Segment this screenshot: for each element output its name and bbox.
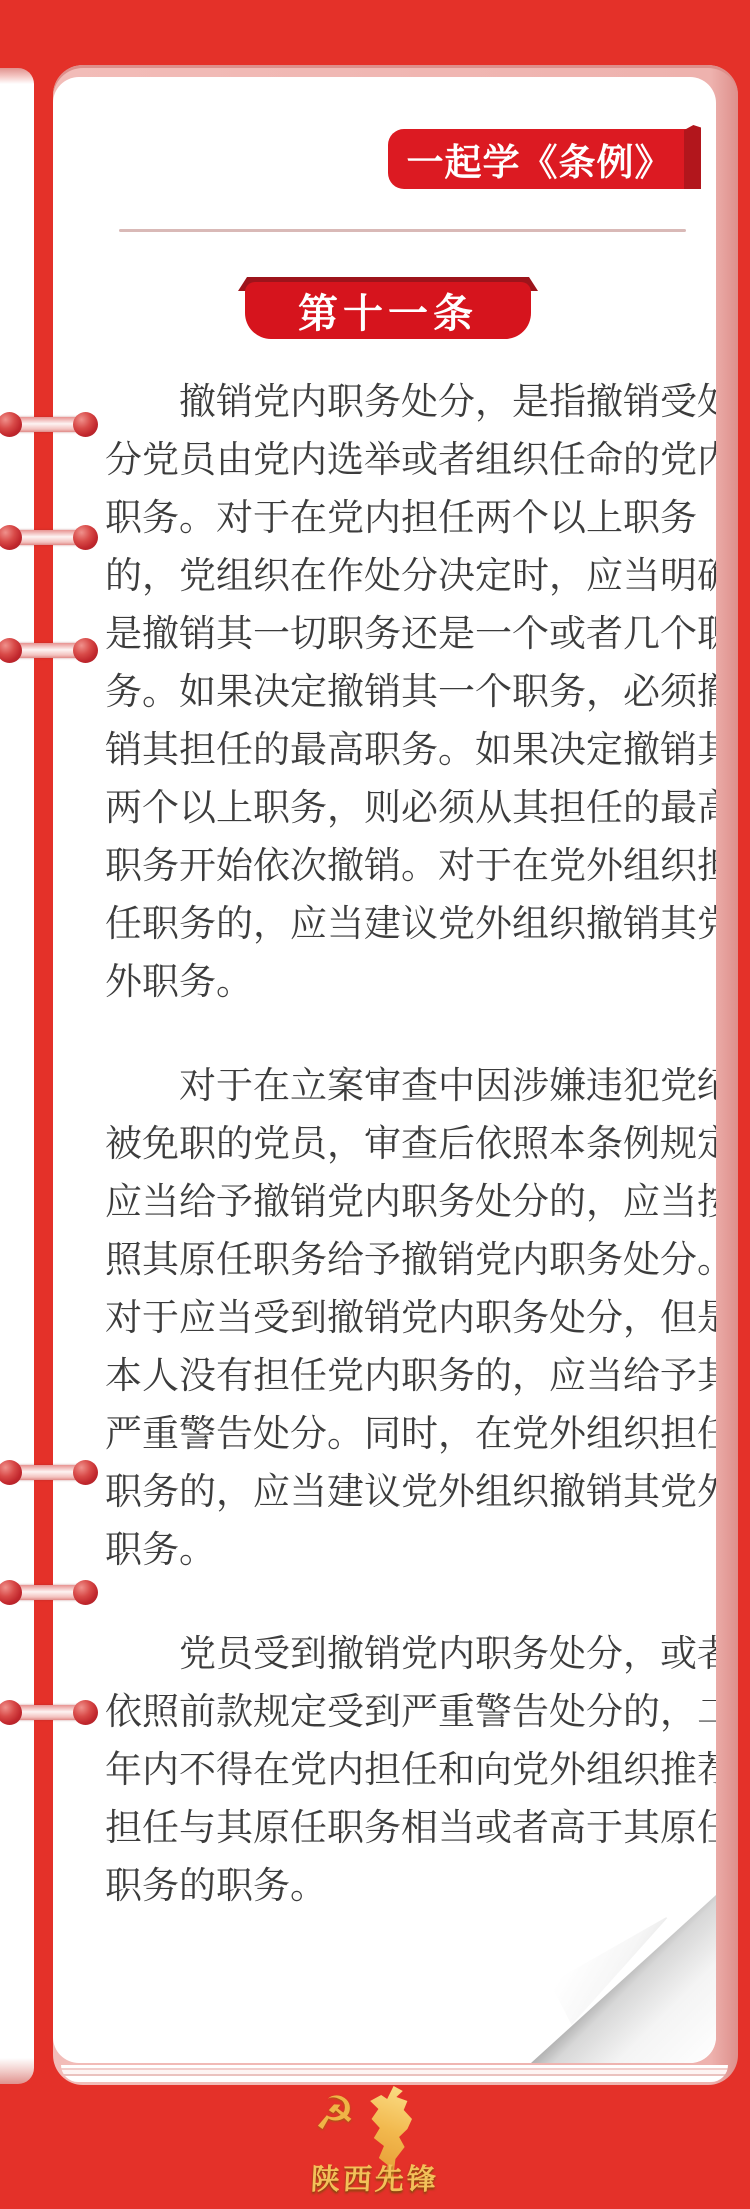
text-line: 外职务。: [105, 953, 716, 1011]
text-line: 职务开始依次撤销。对于在党外组织担: [105, 837, 716, 895]
header-divider: [119, 229, 686, 232]
page-curl-fold: [531, 1895, 716, 2063]
notebook-page: 一起学《条例》 第十一条 撤销党内职务处分，是指撤销受处分党员由党内选举或者组织…: [53, 77, 716, 2063]
binder-ring-ball: [0, 638, 22, 663]
binder-ring-ball: [73, 1580, 98, 1605]
footer-brand: ☭ 陕西先锋: [310, 2086, 440, 2198]
text-line: 严重警告处分。同时，在党外组织担任: [105, 1405, 716, 1463]
binder-ring: [0, 1458, 98, 1486]
text-line: 职务。对于在党内担任两个以上职务: [105, 489, 716, 547]
page-curl-inner: [550, 1915, 670, 2025]
paragraph: 党员受到撤销党内职务处分，或者依照前款规定受到严重警告处分的，二年内不得在党内担…: [105, 1625, 716, 1915]
text-line: 任职务的，应当建议党外组织撤销其党: [105, 895, 716, 953]
text-line: 职务。: [105, 1521, 716, 1579]
brand-name: 陕西先锋: [295, 2157, 455, 2198]
article-body: 撤销党内职务处分，是指撤销受处分党员由党内选举或者组织任命的党内职务。对于在党内…: [105, 373, 716, 1915]
text-line: 的，党组织在作处分决定时，应当明确: [105, 547, 716, 605]
series-banner: 一起学《条例》: [388, 129, 701, 189]
text-line: 两个以上职务，则必须从其担任的最高: [105, 779, 716, 837]
text-line: 年内不得在党内担任和向党外组织推荐: [105, 1741, 716, 1799]
binder-ring: [0, 410, 98, 438]
text-line: 本人没有担任党内职务的，应当给予其: [105, 1347, 716, 1405]
series-banner-label: 一起学《条例》: [407, 132, 683, 186]
binder-ring-ball: [0, 1460, 22, 1485]
binder-ring: [0, 523, 98, 551]
binder-ring-ball: [0, 1700, 22, 1725]
binder-ring-ball: [0, 1580, 22, 1605]
binder-ring: [0, 1698, 98, 1726]
poster-canvas: { "banner": { "label": "一起学《条例》" }, "rib…: [0, 0, 750, 2209]
text-line: 党员受到撤销党内职务处分，或者: [105, 1625, 716, 1683]
text-line: 分党员由党内选举或者组织任命的党内: [105, 431, 716, 489]
binder-ring-ball: [0, 412, 22, 437]
text-line: 对于在立案审查中因涉嫌违犯党纪: [105, 1057, 716, 1115]
binder-ring-ball: [73, 412, 98, 437]
text-line: 应当给予撤销党内职务处分的，应当按: [105, 1173, 716, 1231]
text-line: 照其原任职务给予撤销党内职务处分。: [105, 1231, 716, 1289]
binder-ring: [0, 636, 98, 664]
party-emblem-icon: ☭: [314, 2090, 355, 2136]
binder-ring-ball: [73, 1460, 98, 1485]
binder-ring: [0, 1578, 98, 1606]
paragraph: 对于在立案审查中因涉嫌违犯党纪被免职的党员，审查后依照本条例规定应当给予撤销党内…: [105, 1057, 716, 1579]
ribbon-body: 第十一条: [245, 282, 531, 339]
text-line: 务。如果决定撤销其一个职务，必须撤: [105, 663, 716, 721]
article-number-label: 第十一条: [298, 282, 478, 339]
text-line: 职务的，应当建议党外组织撤销其党外: [105, 1463, 716, 1521]
text-line: 撤销党内职务处分，是指撤销受处: [105, 373, 716, 431]
text-line: 职务的职务。: [105, 1857, 716, 1915]
back-page-strip: [0, 68, 34, 2084]
text-line: 担任与其原任职务相当或者高于其原任: [105, 1799, 716, 1857]
text-line: 被免职的党员，审查后依照本条例规定: [105, 1115, 716, 1173]
binder-ring-ball: [73, 1700, 98, 1725]
paragraph: 撤销党内职务处分，是指撤销受处分党员由党内选举或者组织任命的党内职务。对于在党内…: [105, 373, 716, 1011]
binder-ring-ball: [73, 525, 98, 550]
page-curl: [531, 1895, 716, 2063]
text-line: 销其担任的最高职务。如果决定撤销其: [105, 721, 716, 779]
text-line: 依照前款规定受到严重警告处分的，二: [105, 1683, 716, 1741]
binder-ring-ball: [73, 638, 98, 663]
text-line: 对于应当受到撤销党内职务处分，但是: [105, 1289, 716, 1347]
article-number-ribbon: 第十一条: [238, 277, 538, 339]
text-line: 是撤销其一切职务还是一个或者几个职: [105, 605, 716, 663]
notebook-page-stack: 一起学《条例》 第十一条 撤销党内职务处分，是指撤销受处分党员由党内选举或者组织…: [53, 65, 738, 2085]
binder-ring-ball: [0, 525, 22, 550]
